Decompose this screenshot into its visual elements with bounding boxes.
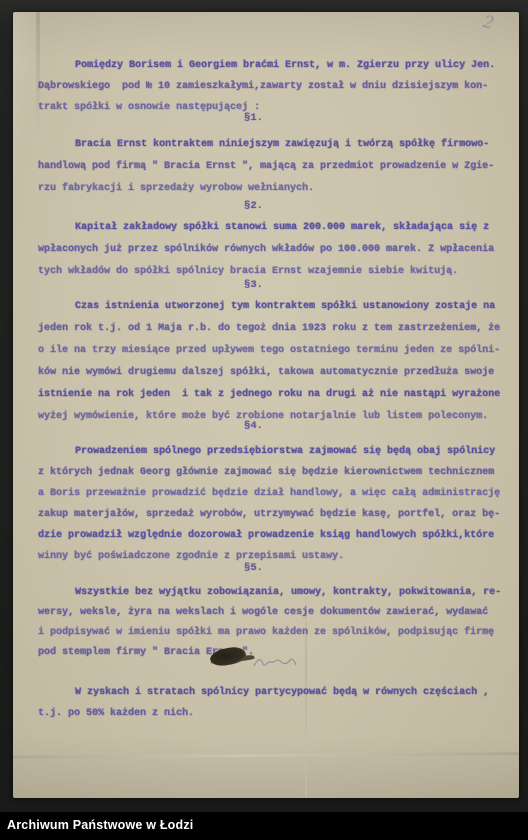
text-line: Prowadzeniem spólnego przedsiębiorstwa z… (38, 441, 509, 462)
text-line: ków nie wymówi drugiemu dalszej spółki, … (38, 362, 509, 384)
text-line: Pomiędzy Borisem i Georgiem braćmi Ernst… (38, 55, 509, 76)
text-line: wersy, weksle, żyra na wekslach i wogóle… (38, 603, 509, 623)
section-heading: §5. (38, 562, 469, 574)
text-line: a Boris przeważnie prowadzić będzie dzia… (38, 483, 509, 504)
paragraph: Bracia Ernst kontraktem niniejszym zawię… (38, 134, 509, 200)
text-line: i podpisywać w imieniu spółki ma prawo k… (38, 623, 509, 643)
section-heading: §3. (38, 279, 469, 291)
section-heading: §2. (38, 200, 469, 212)
archive-watermark-bar: Archiwum Państwowe w Łodzi (0, 812, 528, 840)
paragraph: Czas istnienia utworzonej tym kontraktem… (38, 296, 509, 428)
paragraph: Pomiędzy Borisem i Georgiem braćmi Ernst… (38, 55, 509, 118)
ink-blot-stamp (38, 648, 509, 672)
text-line: W zyskach i stratach spólnicy partycypow… (38, 682, 509, 703)
section-heading: §1. (38, 112, 469, 124)
text-line: Kapitał zakładowy spółki stanowi suma 20… (38, 217, 509, 239)
archive-watermark-label: Archiwum Państwowe w Łodzi (0, 812, 528, 838)
text-line: zakup materjałów, sprzedaż wyrobów, utrz… (38, 504, 509, 525)
text-line: z których jednak Georg głównie zajmować … (38, 462, 509, 483)
text-line: istnienie na rok jeden i tak z jednego r… (38, 384, 509, 406)
paragraph: W zyskach i stratach spólnicy partycypow… (38, 682, 509, 724)
text-line: handlową pod firmą " Bracia Ernst ", maj… (38, 156, 509, 178)
text-line: jeden rok t.j. od 1 Maja r.b. do tegoż d… (38, 318, 509, 340)
text-line: t.j. po 50% każden z nich. (38, 703, 509, 724)
text-line: rzu fabrykacji i sprzedaży wyrobow wełni… (38, 178, 509, 200)
text-line: Dąbrowskiego pod № 10 zamieszkałymi,zawa… (38, 76, 509, 97)
handwritten-scribble (252, 654, 298, 670)
paragraph: Prowadzeniem spólnego przedsiębiorstwa z… (38, 441, 509, 567)
typewritten-text: Pomiędzy Borisem i Georgiem braćmi Ernst… (13, 12, 519, 798)
text-line: wpłaconych już przez spólników równych w… (38, 239, 509, 261)
document-paper: Pomiędzy Borisem i Georgiem braćmi Ernst… (13, 12, 519, 798)
text-line: Wszystkie bez wyjątku zobowiązania, umow… (38, 583, 509, 603)
section-heading: §4. (38, 420, 469, 432)
text-line: Bracia Ernst kontraktem niniejszym zawię… (38, 134, 509, 156)
ink-blot (209, 646, 247, 668)
text-line: o ile na trzy miesiące przed upływem teg… (38, 340, 509, 362)
text-line: Czas istnienia utworzonej tym kontraktem… (38, 296, 509, 318)
text-line: dzie prowadził względnie dozorował prowa… (38, 525, 509, 546)
paragraph: Kapitał zakładowy spółki stanowi suma 20… (38, 217, 509, 283)
